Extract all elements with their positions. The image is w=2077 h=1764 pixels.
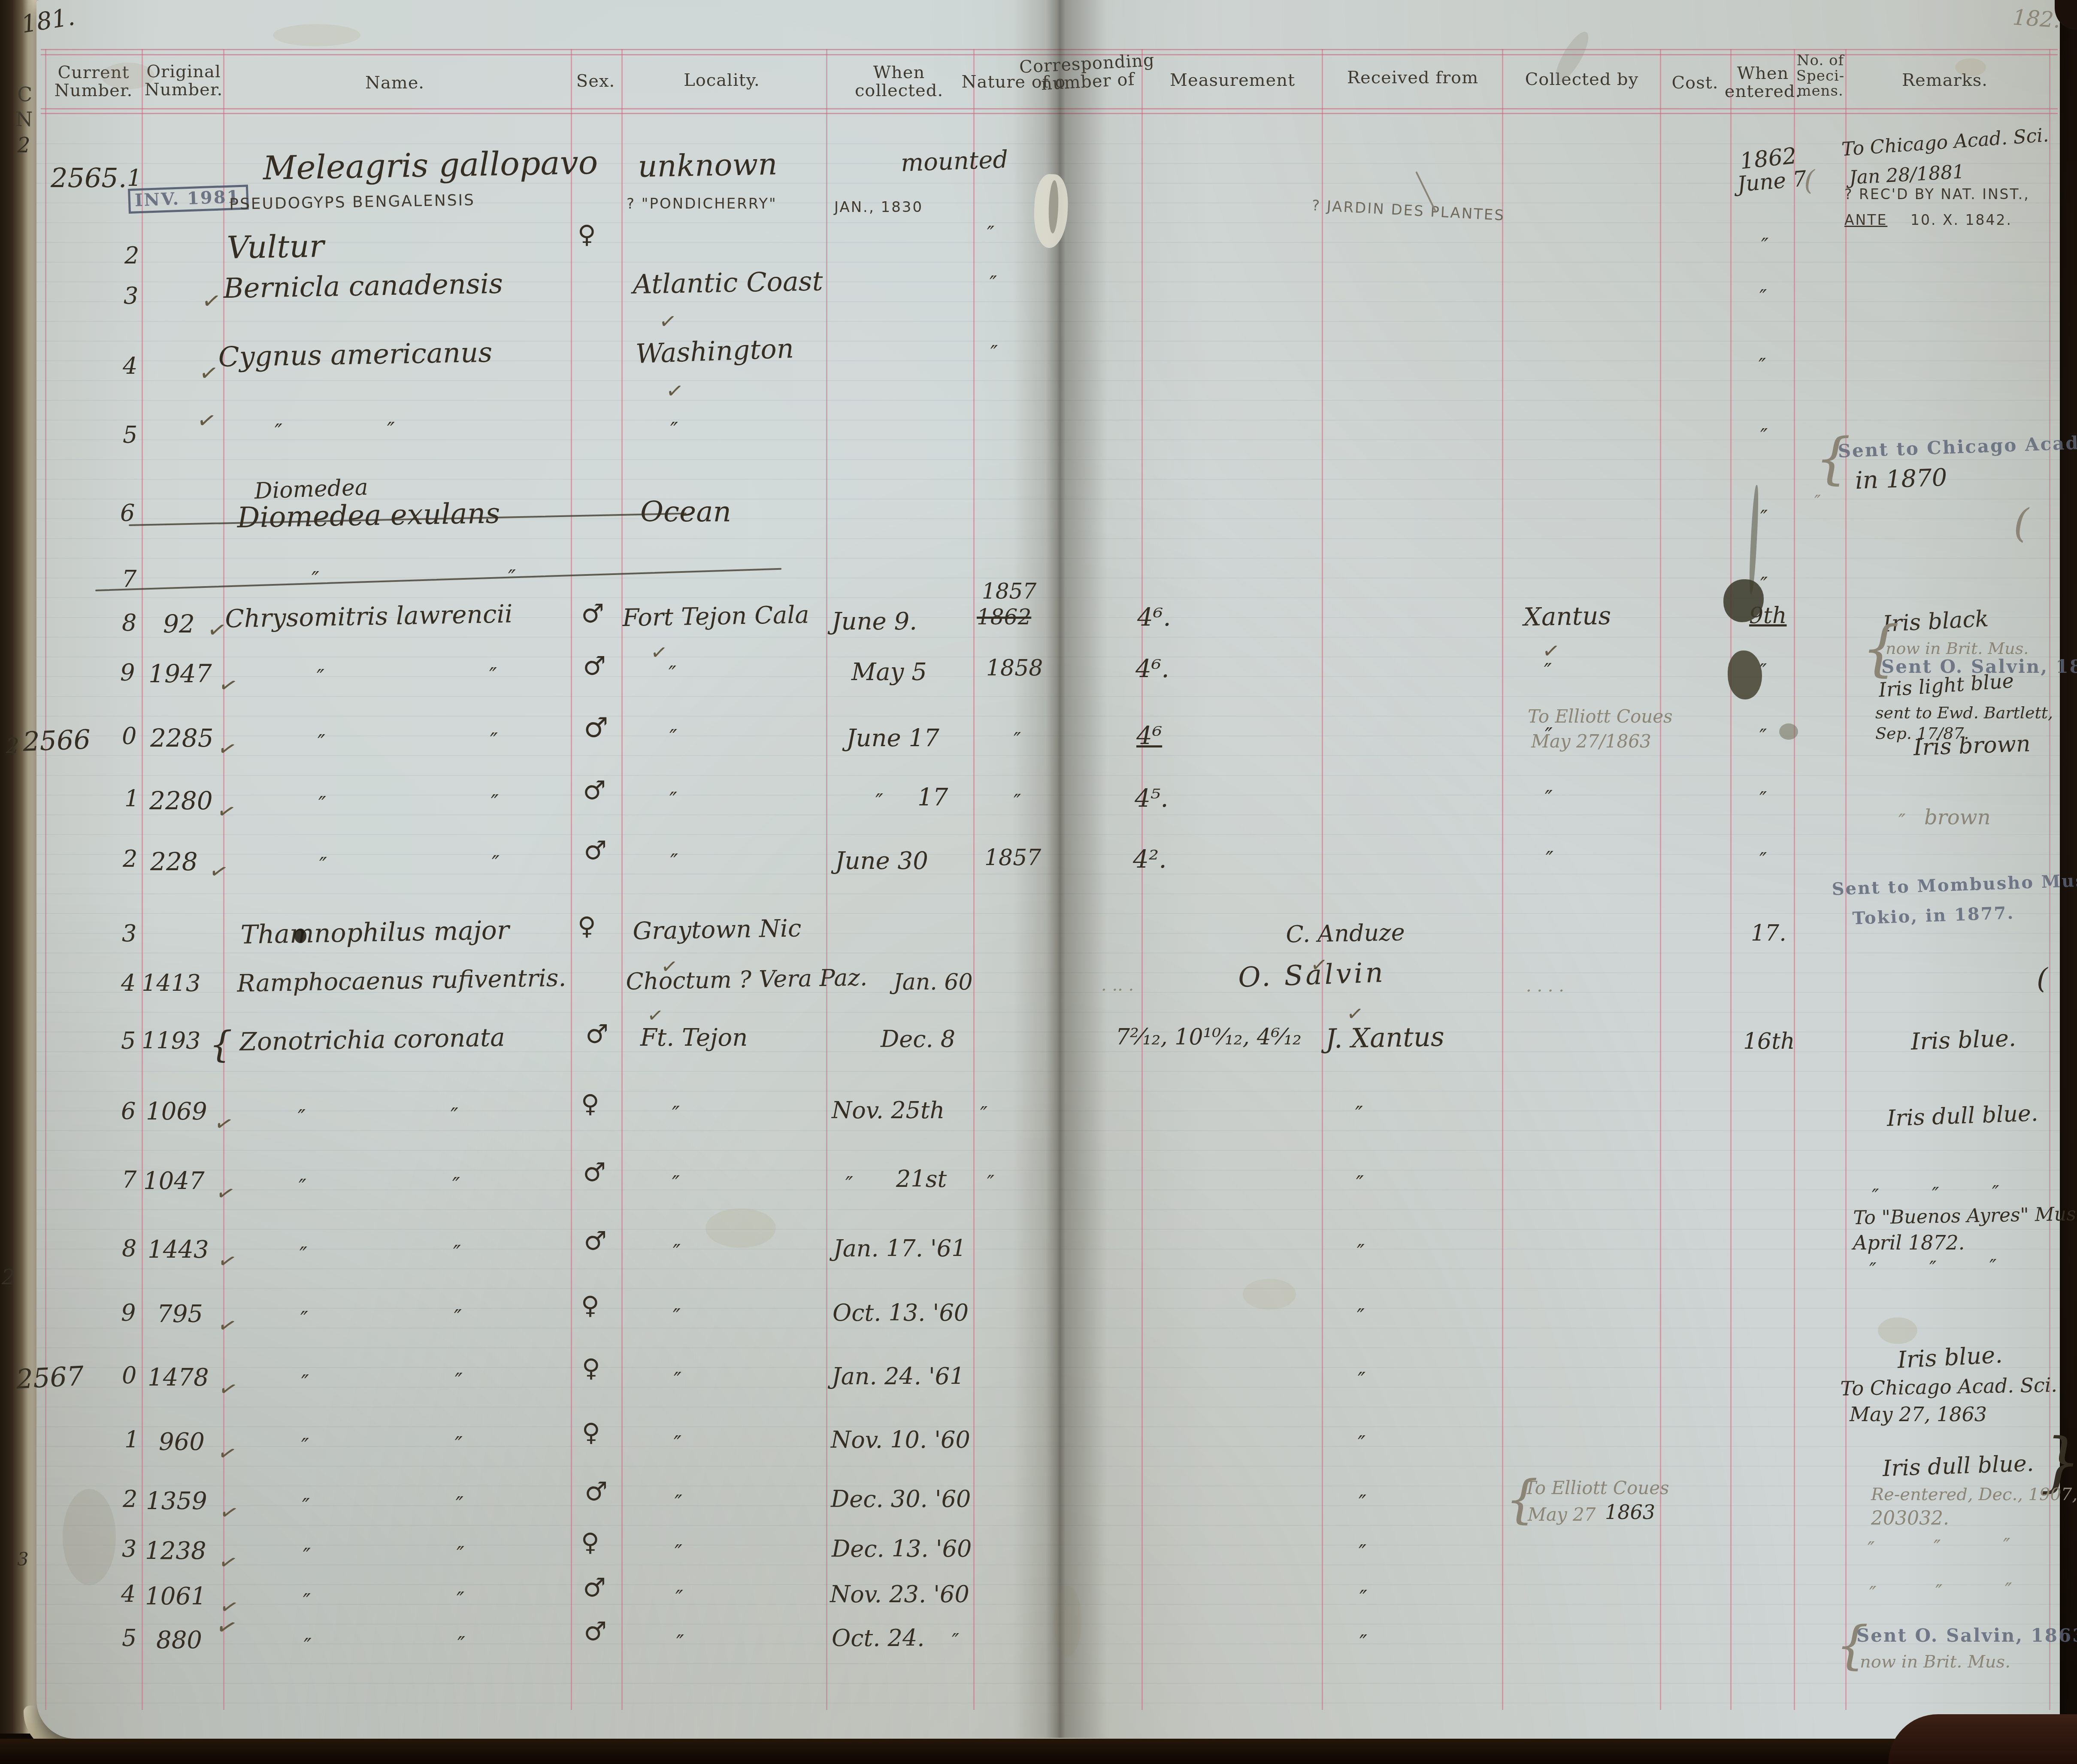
column-rule	[1141, 49, 1143, 1710]
r22-locality-ditto: ″	[675, 1492, 682, 1514]
r22-name-ditto: ″	[456, 1494, 463, 1516]
r5-name-check: ✓	[195, 408, 218, 434]
book-cover-corner	[1888, 1714, 2077, 1764]
r18-sex: ♂	[584, 1228, 607, 1255]
r4-name-check: ✓	[198, 360, 220, 387]
r1-synonym-caps: PSEUDOGYPS BENGALENSIS	[229, 192, 475, 213]
col-header-locality: Locality.	[684, 71, 760, 89]
r12-name-ditto: ″	[319, 855, 327, 876]
r17-original-check: ✓	[214, 1180, 238, 1207]
r2-when-entered: June 7	[1736, 167, 1808, 196]
r25-remark-stamp: Sent O. Salvin, 1863.	[1856, 1626, 2077, 1645]
r13-name: Thamnophilus major	[240, 917, 509, 949]
r17-when-ditto: ″	[845, 1174, 853, 1195]
r25-locality-ditto: ″	[676, 1632, 684, 1654]
r2-remark-ante: ANTE	[1844, 213, 1887, 228]
r2-remark: ? REC'D BY NAT. INST.,	[1844, 187, 2030, 202]
stain	[1243, 1279, 1296, 1310]
r20-received-ditto: ″	[1358, 1370, 1365, 1391]
r25-remark-pencil: now in Brit. Mus.	[1860, 1653, 2010, 1671]
r22-when-collected: Dec. 30. '60	[831, 1487, 971, 1512]
r9-remark: sent to Ewd. Bartlett,	[1875, 705, 2053, 722]
cost-note-ink: 1863	[1605, 1502, 1655, 1522]
r18-remark-ditto: ″	[1989, 1257, 1996, 1277]
r24-sex: ♂	[583, 1575, 606, 1602]
smudge	[1054, 1586, 1081, 1656]
remark-note: April 1872.	[1853, 1232, 1965, 1253]
r1-row-digit: 1	[127, 166, 142, 191]
r18-row-digit: 8	[122, 1237, 136, 1261]
r20-row-digit: 0	[122, 1364, 136, 1388]
r2-remark: 10. X. 1842.	[1910, 213, 2012, 228]
r3-when-entered-ditto: ″	[1759, 287, 1767, 307]
cost-note-pencil: To Elliott Coues	[1528, 707, 1673, 726]
r12-locality-ditto: ″	[670, 851, 678, 873]
r23-remark-ditto: ″	[1868, 1540, 1874, 1559]
r24-received-ditto: ″	[1359, 1588, 1367, 1609]
col-header-measurement: Measurement	[1170, 71, 1295, 89]
r15-received-check: ✓	[1345, 1002, 1365, 1025]
stain	[1955, 58, 1986, 76]
r13-received-from: C. Anduze	[1286, 920, 1405, 947]
r21-row-digit: 1	[124, 1428, 139, 1452]
r21-when-collected: Nov. 10. '60	[831, 1428, 970, 1452]
column-rule	[621, 49, 623, 1710]
column-rule	[1322, 49, 1323, 1710]
r8-name: Chrysomitris lawrencii	[225, 601, 513, 632]
r3-name-check: ✓	[200, 288, 223, 315]
r11-remark: brown	[1924, 807, 1991, 828]
r4-locality-check: ✓	[665, 379, 685, 403]
margin-cut-digit: 2	[6, 735, 19, 757]
column-rule	[571, 49, 572, 1710]
margin-cut-digit: 2	[2, 1267, 15, 1288]
ledger-content-layer: Current Number.Original Number.Name.Sex.…	[0, 0, 2077, 1764]
r18-remark-ditto: ″	[1929, 1259, 1936, 1279]
r23-locality-ditto: ″	[675, 1542, 682, 1564]
r8-year-corrected: 1857	[982, 580, 1036, 603]
r11-collected-ditto: ″	[1545, 788, 1553, 809]
header-rule	[41, 113, 2058, 114]
r10-remark: Iris brown	[1913, 732, 2031, 759]
r12-sex: ♂	[584, 838, 607, 865]
ink-drip	[1748, 485, 1759, 594]
r18-received-ditto: ″	[1357, 1242, 1365, 1263]
r23-when-collected: Dec. 13. '60	[832, 1537, 972, 1561]
r10-year-ditto: ″	[1014, 729, 1021, 750]
r5-locality-ditto: ″	[670, 420, 678, 441]
column-rule	[1660, 49, 1661, 1710]
r12-original-check: ✓	[207, 858, 231, 885]
page-number-right: 182.	[2012, 6, 2061, 32]
col-header-cost: Cost.	[1671, 74, 1718, 92]
r6-remark-stamp: Sent to Chicago Acad. Sci.	[1838, 432, 2077, 461]
r5-when-entered-ditto: ″	[1760, 426, 1768, 446]
r21-name-ditto: ″	[301, 1436, 309, 1457]
r20-sex: ♀	[582, 1355, 600, 1381]
header-rule	[41, 108, 2058, 109]
r15-when-entered: 16th	[1743, 1030, 1795, 1053]
col-header-sex: Sex.	[576, 72, 615, 90]
r23-received-ditto: ″	[1359, 1542, 1366, 1564]
r24-name-ditto: ″	[303, 1591, 311, 1613]
r24-remark-ditto: ″	[2005, 1581, 2012, 1601]
r19-name-ditto: ″	[300, 1309, 308, 1330]
r8-when-collected: June 9.	[832, 609, 917, 635]
r16-when-collected: Nov. 25th	[832, 1098, 945, 1123]
r2-name: Vultur	[227, 230, 324, 264]
r17-received-ditto: ″	[1356, 1173, 1364, 1195]
column-rule	[973, 49, 975, 1710]
r15-row-digit: 5	[121, 1029, 136, 1053]
page-number-left: 181.	[20, 4, 76, 38]
r15-name: Zonotrichia coronata	[239, 1024, 505, 1055]
r20-original-check: ✓	[216, 1376, 240, 1403]
r22-original-check: ✓	[217, 1499, 241, 1526]
r23-row-digit: 3	[122, 1537, 136, 1561]
r15-original-number: 1193	[142, 1029, 200, 1053]
r11-when-ditto: ″	[875, 791, 883, 813]
r10-current-number: 2566	[22, 725, 91, 756]
r1-remark: Jan 28/1881	[1849, 162, 1965, 188]
r10-locality-ditto: ″	[669, 727, 677, 748]
r2-when-entered-ditto: ″	[1761, 235, 1768, 256]
r11-locality-ditto: ″	[669, 790, 677, 811]
r22-sex: ♂	[584, 1479, 608, 1506]
r19-row-digit: 9	[121, 1301, 136, 1325]
header-rule	[41, 54, 2058, 55]
stain	[101, 63, 154, 89]
r6-when-entered-ditto: ″	[1760, 507, 1768, 528]
r18-original-check: ✓	[215, 1248, 239, 1275]
cost-note-pencil: To Elliott Coues	[1524, 1479, 1669, 1498]
r25-when-year-ditto: ″	[952, 1631, 959, 1651]
r10-original-number: 2285	[150, 725, 214, 751]
r14-edge-mark: (	[2037, 964, 2048, 993]
r19-when-collected: Oct. 13. '60	[833, 1301, 969, 1325]
r13-row-digit: 3	[122, 922, 136, 946]
r17-when-year-ditto: ″	[987, 1172, 994, 1193]
col-header-when-entered: When entered.	[1725, 64, 1801, 100]
r1-nature: mounted	[900, 147, 1008, 176]
r24-name-ditto: ″	[457, 1589, 464, 1611]
r21-sex: ♀	[582, 1419, 600, 1446]
r2-when-collected: JAN., 1830	[834, 200, 923, 215]
r3-locality: Atlantic Coast	[633, 267, 823, 298]
col-header-when-collected: When collected.	[855, 64, 943, 100]
r12-row-digit: 2	[123, 847, 137, 871]
r9-locality-ditto: ″	[669, 663, 676, 685]
r20-when-collected: Jan. 24. '61	[832, 1365, 965, 1389]
r24-locality-ditto: ″	[675, 1588, 683, 1609]
r9-original-check: ✓	[216, 672, 240, 699]
ink-spot	[1779, 723, 1798, 740]
r9-name-ditto: ″	[317, 667, 324, 688]
r8-remark-brace: {	[1862, 617, 1900, 680]
r16-sex: ♀	[581, 1091, 599, 1117]
r3-name: Bernicla canadensis	[223, 270, 503, 304]
r16-locality-ditto: ″	[672, 1104, 680, 1125]
r9-original-number: 1947	[148, 661, 212, 687]
r11-name-ditto: ″	[491, 792, 499, 814]
r12-when-entered-ditto: ″	[1759, 850, 1767, 870]
ledger-book-photo: Current Number.Original Number.Name.Sex.…	[0, 0, 2077, 1764]
r19-name-ditto: ″	[454, 1307, 462, 1328]
r10-name-ditto: ″	[490, 730, 498, 752]
ink-blob	[1728, 651, 1762, 699]
r15-remark: Iris blue.	[1910, 1026, 2016, 1054]
r25-name-ditto: ″	[304, 1636, 312, 1657]
r20-current-number: 2567	[15, 1362, 85, 1393]
r16-name-ditto: ″	[451, 1105, 458, 1127]
r11-year-ditto: ″	[1014, 791, 1021, 812]
r9-year: 1858	[986, 657, 1043, 680]
r1-current-number: 2565.	[51, 164, 127, 192]
r4-when-entered-ditto: ″	[1759, 355, 1766, 376]
r13-remark-stamp: Sent to Mombusho Mus.,	[1832, 871, 2077, 899]
r3-nature-ditto: ″	[990, 273, 997, 293]
r6-remark-flourish: (	[2013, 503, 2029, 545]
r1-locality: unknown	[638, 148, 778, 182]
r19-original-check: ✓	[215, 1312, 239, 1339]
r8-row-digit: 8	[122, 611, 136, 635]
column-rule	[1502, 49, 1503, 1710]
r10-name-ditto: ″	[318, 732, 325, 753]
r23-original-number: 1238	[145, 1539, 206, 1564]
r7-cancel-line	[95, 568, 781, 591]
r14-locality: Choctum ? Vera Paz.	[626, 965, 868, 994]
r9-when-collected: May 5	[851, 660, 927, 685]
column-rule	[142, 49, 143, 1710]
r6-locality: Ocean	[640, 497, 731, 526]
r24-original-number: 1061	[145, 1584, 206, 1610]
r8-collected-by: Xantus	[1523, 602, 1611, 630]
r9-sex: ♂	[583, 653, 606, 680]
r8-locality-check: ✓	[649, 641, 669, 664]
r12-measurement: 4².	[1133, 846, 1167, 872]
r9-name-ditto: ″	[489, 665, 497, 687]
r16-row-digit: 6	[121, 1099, 136, 1124]
r19-sex: ♀	[581, 1292, 599, 1319]
r6-remark: in 1870	[1855, 466, 1947, 494]
r11-row-digit: 1	[124, 787, 139, 811]
r14-when-collected: Jan. 60	[893, 971, 973, 994]
r15-name-brace: {	[209, 1026, 232, 1063]
col-header-name: Name.	[365, 74, 424, 92]
r13-when-entered: 17.	[1751, 922, 1786, 945]
r22-remark: Iris dull blue.	[1882, 1452, 2034, 1481]
r5-name-ditto: ″	[275, 421, 282, 443]
r18-name-ditto: ″	[300, 1244, 307, 1266]
r24-remark-ditto: ″	[1935, 1582, 1942, 1602]
r13-locality: Graytown Nic	[633, 916, 802, 944]
r19-locality-ditto: ″	[673, 1306, 681, 1328]
r14-received-pencil-marks: · ·· ·	[1101, 981, 1134, 999]
r13-remark-stamp: Tokio, in 1877.	[1852, 904, 2015, 928]
r8-original-number: 92	[163, 611, 195, 637]
cost-note-pencil: May 27	[1528, 1505, 1596, 1524]
r16-name-ditto: ″	[298, 1107, 306, 1129]
r4-name: Cygnus americanus	[218, 339, 493, 372]
r24-when-collected: Nov. 23. '60	[830, 1582, 969, 1607]
margin-cut-digit: 2	[17, 135, 30, 156]
r15-locality: Ft. Tejon	[640, 1026, 748, 1051]
r25-name-ditto: ″	[457, 1634, 465, 1655]
r4-nature-ditto: ″	[990, 342, 998, 363]
r16-received-ditto: ″	[1355, 1104, 1363, 1125]
stain	[1878, 1317, 1917, 1344]
stain	[273, 24, 360, 46]
grime	[63, 1489, 116, 1585]
r20-remark: To Chicago Acad. Sci.	[1840, 1374, 2057, 1399]
margin-cut-digit: 3	[17, 1550, 29, 1569]
r10-measurement: 4⁶	[1136, 723, 1162, 749]
r15-sex: ♂	[585, 1021, 609, 1048]
r12-year: 1857	[984, 846, 1041, 870]
r25-row-digit: 5	[122, 1626, 136, 1651]
r25-sex: ♂	[584, 1619, 607, 1646]
r21-original-check: ✓	[215, 1440, 239, 1467]
r22-remark-pencil: 203032.	[1871, 1509, 1949, 1528]
r10-original-check: ✓	[215, 735, 239, 762]
r6-cost-mark: ″	[1814, 493, 1821, 511]
col-header-collected-by: Collected by	[1525, 70, 1639, 88]
r20-remark: May 27, 1863	[1850, 1404, 1987, 1425]
r14-collected-pencil-marks: · · · ·	[1526, 982, 1564, 1000]
r22-name-ditto: ″	[302, 1496, 310, 1517]
r17-remark-ditto: ″	[1932, 1185, 1939, 1205]
r16-when-year-ditto: ″	[980, 1104, 987, 1124]
r1-name: Meleagris gallopavo	[263, 145, 598, 185]
column-rule	[45, 49, 46, 1710]
r11-sex: ♂	[583, 778, 606, 805]
stain	[705, 1208, 776, 1248]
r20-original-number: 1478	[148, 1365, 209, 1391]
r21-received-ditto: ″	[1358, 1433, 1365, 1455]
r18-name-ditto: ″	[453, 1243, 461, 1264]
r8-measurement: 4⁶.	[1137, 604, 1171, 630]
r2-received-from: ? JARDIN DES PLANTES	[1311, 198, 1505, 224]
r20-locality-ditto: ″	[674, 1370, 681, 1391]
r18-locality-ditto: ″	[673, 1242, 681, 1263]
r17-name-ditto: ″	[299, 1177, 306, 1198]
remark-note: To "Buenos Ayres" Mus.	[1853, 1204, 2077, 1228]
r22-remark-pencil: Re-entered, Dec., 1907, as	[1871, 1486, 2077, 1504]
r17-remark-ditto: ″	[1992, 1183, 1999, 1203]
r16-original-check: ✓	[212, 1110, 236, 1138]
r4-locality: Washington	[635, 334, 794, 368]
r8-locality: Fort Tejon Cala	[622, 602, 809, 631]
r17-sex: ♂	[583, 1159, 606, 1186]
r21-name-ditto: ″	[455, 1434, 463, 1455]
col-header-received-from: Received from	[1347, 69, 1478, 87]
column-rule	[1794, 49, 1795, 1710]
r15-received-from: J. Xantus	[1325, 1023, 1444, 1053]
r15-measurement: 7²⁄₁₂, 10¹⁰⁄₁₂, 4⁶⁄₁₂	[1116, 1026, 1302, 1049]
r23-remark-ditto: ″	[1934, 1538, 1941, 1558]
r17-locality-ditto: ″	[672, 1173, 680, 1195]
r23-remark-ditto: ″	[2003, 1536, 2010, 1556]
r23-sex: ♀	[581, 1529, 599, 1555]
r11-when-entered-ditto: ″	[1759, 789, 1767, 809]
r20-name-ditto: ″	[301, 1372, 309, 1394]
r11-original-number: 2280	[149, 788, 213, 814]
r17-name-ditto: ″	[452, 1175, 460, 1196]
r25-when-collected: Oct. 24.	[832, 1626, 924, 1651]
r14-name: Ramphocaenus rufiventris.	[237, 966, 566, 997]
r22-received-ditto: ″	[1359, 1492, 1366, 1514]
r18-remark-ditto: ″	[1869, 1261, 1876, 1280]
r19-original-number: 795	[157, 1302, 203, 1327]
column-rule	[826, 49, 827, 1710]
r10-row-digit: 0	[122, 724, 136, 749]
r25-received-ditto: ″	[1359, 1632, 1367, 1654]
r19-received-ditto: ″	[1357, 1306, 1365, 1328]
r5-row-digit: 5	[123, 423, 137, 448]
r12-original-number: 228	[150, 849, 198, 875]
r23-name-ditto: ″	[457, 1544, 464, 1565]
header-rule	[41, 49, 2058, 50]
col-header-no-specimens: No. of Speci- mens.	[1796, 53, 1845, 99]
column-rule	[1730, 49, 1732, 1710]
r21-original-number: 960	[159, 1430, 205, 1455]
r2-sex: ♀	[578, 221, 596, 248]
margin-cut-letter-c: C	[17, 84, 33, 105]
r18-when-collected: Jan. 17. '61	[833, 1237, 966, 1261]
r9-row-digit: 9	[120, 661, 135, 685]
r11-when-collected: 17	[917, 785, 948, 811]
r14-row-digit: 4	[121, 971, 136, 996]
r7-name-ditto: ″	[312, 569, 319, 590]
r24-row-digit: 4	[121, 1582, 136, 1607]
ink-dot	[294, 929, 306, 943]
r10-when-entered-ditto: ″	[1759, 726, 1767, 747]
r16-remark: Iris dull blue.	[1886, 1102, 2038, 1131]
r4-row-digit: 4	[123, 354, 137, 379]
r6-name-struck: Diomedea exulans	[237, 498, 500, 533]
col-header-original-number: Original Number.	[145, 63, 223, 99]
r13-sex: ♀	[578, 913, 596, 939]
r8-sex: ♂	[581, 601, 604, 628]
r17-when-collected: 21st	[896, 1167, 947, 1192]
r12-when-collected: June 30	[835, 849, 928, 874]
r11-measurement: 4⁵.	[1135, 785, 1169, 811]
r14-original-number: 1413	[142, 971, 200, 996]
r25-original-number: 880	[156, 1628, 202, 1653]
r8-remark-pencil: now in Brit. Mus.	[1886, 640, 2029, 657]
r2-when-entered-flourish: (	[1804, 166, 1815, 195]
r25-original-check: ✓	[213, 1613, 240, 1643]
r5-name-ditto: ″	[387, 420, 395, 441]
r10-when-collected: June 17	[846, 726, 939, 751]
r14-received-from: O. Salvin	[1238, 959, 1386, 992]
r23-name-ditto: ″	[303, 1546, 311, 1567]
r6-row-digit: 6	[120, 501, 135, 526]
r22-row-digit: 2	[123, 1487, 137, 1512]
r17-original-number: 1047	[143, 1169, 205, 1194]
r1-remark: To Chicago Acad. Sci.	[1841, 125, 2050, 160]
r20-name-ditto: ″	[455, 1371, 463, 1392]
col-header-corresponding-number: Corresponding number of	[1019, 51, 1156, 94]
r15-when-collected: Dec. 8	[881, 1027, 955, 1052]
r10-sex: ♂	[584, 714, 608, 743]
r2-nature-ditto: ″	[987, 223, 994, 244]
r23-original-check: ✓	[216, 1549, 240, 1576]
r10-collected-ditto: ″	[1545, 725, 1553, 747]
r9-measurement: 4⁶.	[1135, 656, 1169, 682]
r8-year-struck: 1862	[977, 606, 1031, 629]
r3-locality-check: ✓	[658, 310, 678, 333]
